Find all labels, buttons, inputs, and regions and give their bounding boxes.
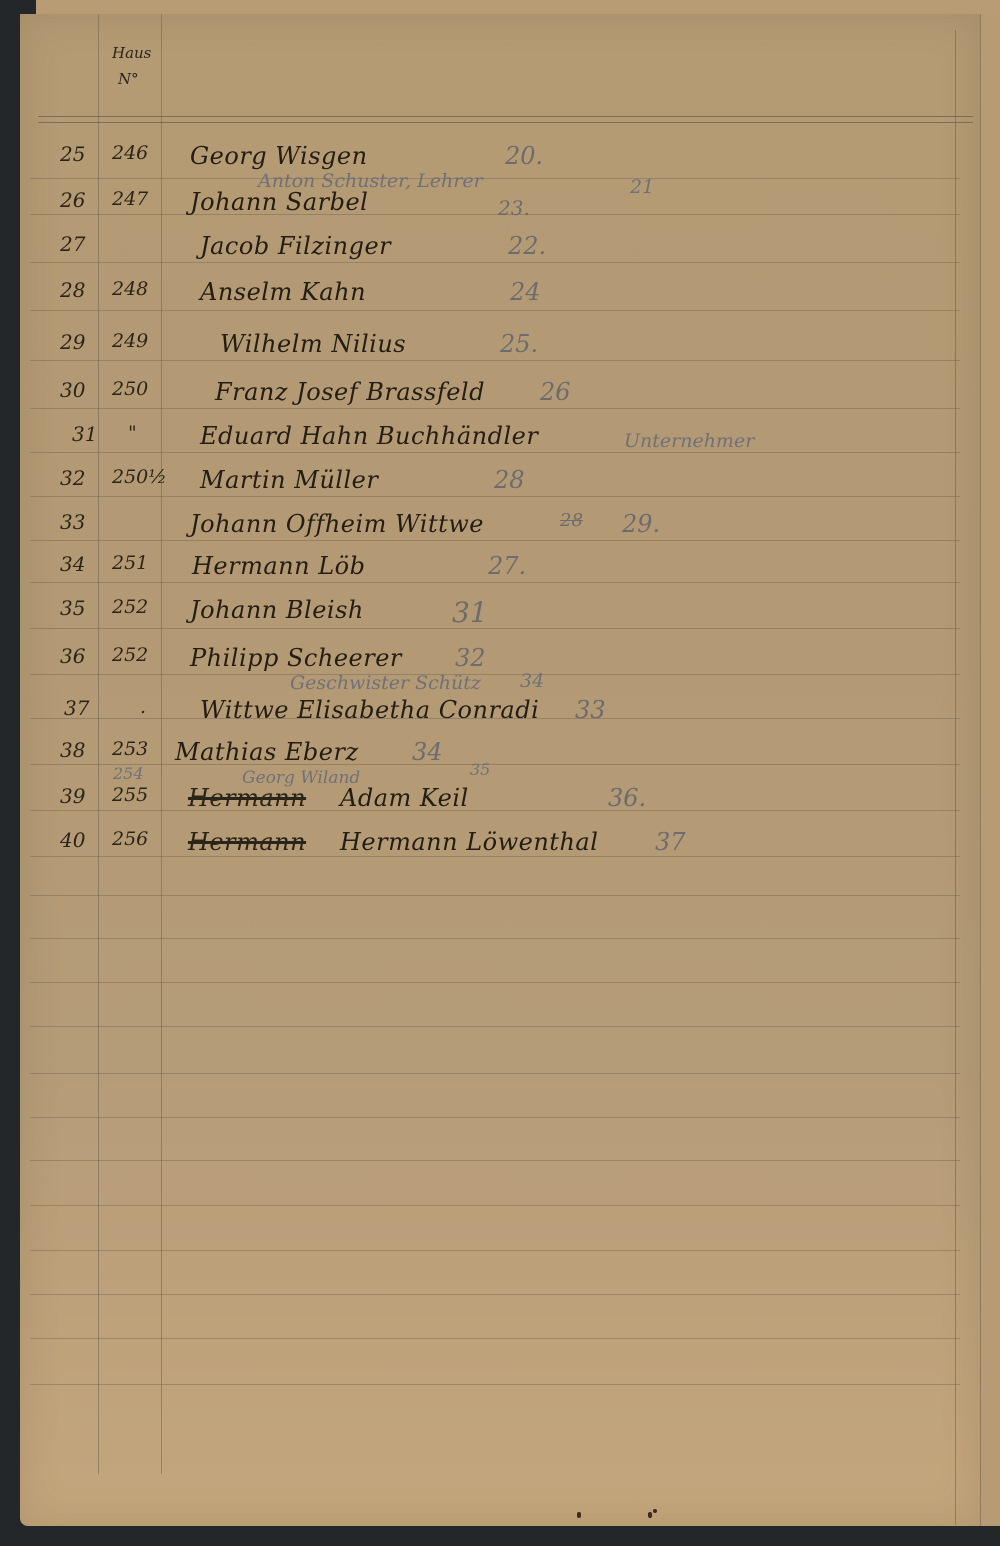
house-number: 251 bbox=[112, 552, 172, 574]
row-rule bbox=[30, 1250, 960, 1251]
entry-number: 33 bbox=[60, 510, 100, 534]
pencil-house-number: 254 bbox=[113, 764, 144, 783]
entry-number: 32 bbox=[60, 466, 100, 490]
house-number: 249 bbox=[112, 330, 172, 352]
ledger-entry: 40 256 Hermann Hermann Löwenthal 37 bbox=[0, 828, 1000, 868]
house-number: 252 bbox=[112, 596, 172, 618]
pencil-annotation-number: 35 bbox=[470, 760, 490, 779]
ink-speck bbox=[648, 1512, 652, 1518]
entry-number: 38 bbox=[60, 738, 100, 762]
resident-name: Johann Sarbel bbox=[190, 188, 368, 216]
entry-number: 39 bbox=[60, 784, 100, 808]
house-number: 250½ bbox=[112, 466, 172, 488]
resident-name: Anselm Kahn bbox=[200, 278, 366, 306]
row-rule bbox=[30, 1160, 960, 1161]
resident-name: Wittwe Elisabetha Conradi bbox=[200, 696, 539, 724]
ledger-entry: 30 250 Franz Josef Brassfeld 26 bbox=[0, 378, 1000, 418]
resident-name: Hermann Löb bbox=[192, 552, 365, 580]
house-number: 253 bbox=[112, 738, 172, 760]
pencil-number: 31 bbox=[452, 596, 488, 629]
house-number: 250 bbox=[112, 378, 172, 400]
pencil-number: 34 bbox=[412, 738, 443, 766]
resident-name: Eduard Hahn Buchhändler bbox=[200, 422, 538, 450]
ledger-entry: 39 255 Hermann Adam Keil 36. bbox=[0, 784, 1000, 824]
pencil-number: 27. bbox=[488, 552, 526, 580]
row-rule bbox=[30, 1073, 960, 1074]
entry-number: 35 bbox=[60, 596, 100, 620]
resident-name: Adam Keil bbox=[340, 784, 469, 812]
pencil-annotation: Geschwister Schütz bbox=[290, 672, 481, 694]
column-header-haus-nr: Haus N° bbox=[112, 40, 151, 92]
pencil-annotation: Unternehmer bbox=[624, 430, 754, 452]
resident-name: Hermann Löwenthal bbox=[340, 828, 598, 856]
house-number: 248 bbox=[112, 278, 172, 300]
pencil-number: 25. bbox=[500, 330, 538, 358]
resident-name: Franz Josef Brassfeld bbox=[215, 378, 485, 406]
resident-name: Jacob Filzinger bbox=[200, 232, 391, 260]
ledger-entry: 28 248 Anselm Kahn 24 bbox=[0, 278, 1000, 318]
ledger-entry: 27 Jacob Filzinger 22. bbox=[0, 232, 1000, 272]
ink-speck bbox=[653, 1509, 657, 1513]
resident-name: Georg Wisgen bbox=[190, 142, 368, 170]
pencil-number: 29. bbox=[622, 510, 660, 538]
house-number: 255 bbox=[112, 784, 172, 806]
ink-speck bbox=[577, 1512, 581, 1518]
pencil-number: 23. bbox=[498, 196, 530, 220]
resident-name: Johann Offheim Wittwe bbox=[190, 510, 484, 538]
header-rule-top bbox=[38, 116, 973, 117]
ledger-entry: 29 249 Wilhelm Nilius 25. bbox=[0, 330, 1000, 370]
row-rule bbox=[30, 982, 960, 983]
pencil-number: 32 bbox=[455, 644, 486, 672]
pencil-annotation-number: 21 bbox=[630, 176, 654, 198]
row-rule bbox=[30, 895, 960, 896]
pencil-number: 26 bbox=[540, 378, 571, 406]
header-haus-label: Haus bbox=[112, 40, 151, 66]
pencil-number: 24 bbox=[510, 278, 541, 306]
ledger-entry: 26 247 Johann Sarbel 23. bbox=[0, 188, 1000, 228]
header-rule-bottom bbox=[38, 122, 973, 123]
pencil-annotation: Anton Schuster, Lehrer bbox=[258, 170, 483, 192]
pencil-number: 36. bbox=[608, 784, 646, 812]
house-number: 247 bbox=[112, 188, 172, 210]
struck-name: Hermann bbox=[188, 784, 306, 812]
resident-name: Martin Müller bbox=[200, 466, 378, 494]
house-number: 246 bbox=[112, 142, 172, 164]
row-rule bbox=[30, 938, 960, 939]
ledger-entry: 37 . Wittwe Elisabetha Conradi 33 bbox=[0, 696, 1000, 736]
row-rule bbox=[30, 1205, 960, 1206]
ledger-entry: 34 251 Hermann Löb 27. bbox=[0, 552, 1000, 592]
entry-number: 36 bbox=[60, 644, 100, 668]
entry-number: 28 bbox=[60, 278, 100, 302]
ledger-entry: 31 " Eduard Hahn Buchhändler Unternehmer bbox=[0, 422, 1000, 462]
header-nr-label: N° bbox=[118, 66, 151, 92]
entry-number: 31 bbox=[72, 422, 112, 446]
house-number: 252 bbox=[112, 644, 172, 666]
entry-number: 40 bbox=[60, 828, 100, 852]
pencil-number: 33 bbox=[575, 696, 606, 724]
row-rule bbox=[30, 1117, 960, 1118]
row-rule bbox=[30, 1338, 960, 1339]
entry-number: 30 bbox=[60, 378, 100, 402]
underlying-page-edge bbox=[36, 0, 1000, 14]
ledger-entry: 25 246 Georg Wisgen 20. bbox=[0, 142, 1000, 182]
resident-name: Philipp Scheerer bbox=[190, 644, 402, 672]
ledger-entry: 38 253 Mathias Eberz 34 bbox=[0, 738, 1000, 778]
pencil-annotation-number: 34 bbox=[520, 670, 544, 692]
ledger-entry: 33 Johann Offheim Wittwe 28 29. bbox=[0, 510, 1000, 550]
entry-number: 27 bbox=[60, 232, 100, 256]
pencil-number: 22. bbox=[508, 232, 546, 260]
ledger-entry: 35 252 Johann Bleish 31 bbox=[0, 596, 1000, 636]
entry-number: 25 bbox=[60, 142, 100, 166]
entry-number: 26 bbox=[60, 188, 100, 212]
entry-number: 29 bbox=[60, 330, 100, 354]
entry-number: 37 bbox=[64, 696, 104, 720]
resident-name: Wilhelm Nilius bbox=[220, 330, 406, 358]
house-number: . bbox=[140, 696, 200, 718]
house-number: " bbox=[128, 422, 188, 444]
struck-pencil-number: 28 bbox=[560, 510, 583, 531]
entry-number: 34 bbox=[60, 552, 100, 576]
ledger-entry: 32 250½ Martin Müller 28 bbox=[0, 466, 1000, 506]
row-rule bbox=[30, 1294, 960, 1295]
resident-name: Mathias Eberz bbox=[175, 738, 359, 766]
row-rule bbox=[30, 1384, 960, 1385]
ledger-entry: 36 252 Philipp Scheerer 32 bbox=[0, 644, 1000, 684]
pencil-number: 20. bbox=[505, 142, 543, 170]
pencil-number: 37 bbox=[655, 828, 686, 856]
pencil-number: 28 bbox=[494, 466, 525, 494]
resident-name: Johann Bleish bbox=[190, 596, 364, 624]
house-number: 256 bbox=[112, 828, 172, 850]
row-rule bbox=[30, 1026, 960, 1027]
struck-name: Hermann bbox=[188, 828, 306, 856]
